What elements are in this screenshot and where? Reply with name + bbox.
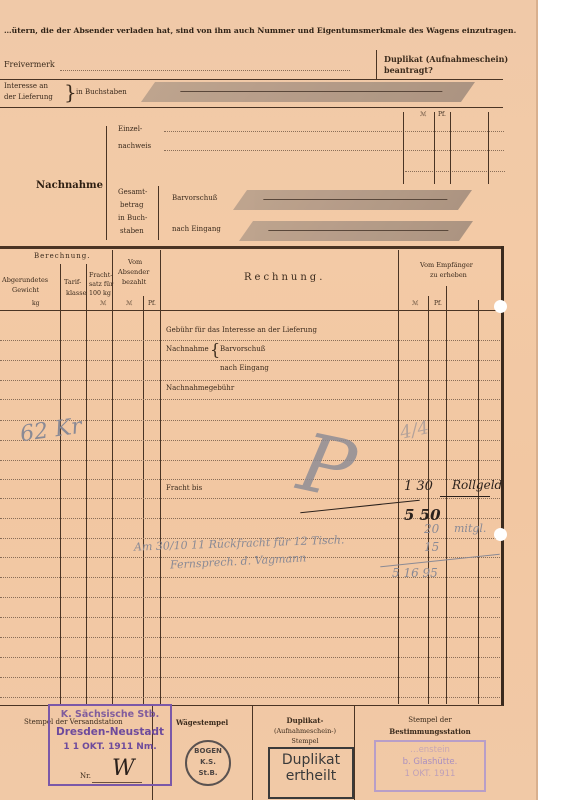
in-buchstaben: in Buchstaben [76,88,127,96]
bestimmung-stamp: …enstein b. Glashütte. 1 OKT. 1911 [374,740,486,792]
rechnung-header: Rechnung. [244,272,325,283]
footer-duplikat-label-1: Duplikat- [260,716,350,725]
empfaenger-pf-unit: Pf. [434,300,442,307]
fracht-header-3: 100 kg [89,290,111,297]
row-rule [0,617,500,618]
col-divider [160,250,161,704]
brace: } [64,80,77,104]
brace: { [210,340,220,359]
rule [0,107,503,108]
bestimmung-stamp-line-3: 1 OKT. 1911 [376,769,484,779]
row-rule [0,360,500,361]
freivermerk-label: Freivermerk [4,60,55,69]
versand-stamp: K. Sächsische Stb. Dresden-Neustadt 1 1 … [48,704,172,786]
row-rule [0,440,500,441]
absender-mark-unit: ℳ [126,300,132,307]
header-note: …ütern, die der Absender verladen hat, s… [4,26,516,35]
gesamt-label-4: staben [120,227,144,235]
footer-bestimmung-label-1: Stempel der [360,716,500,724]
versand-stamp-line-1: K. Sächsische Stb. [50,709,170,720]
tarif-header-1: Tarif- [64,278,81,286]
empfaenger-mark-unit: ℳ [412,300,418,307]
einzel-label-2: nachweis [118,142,151,150]
row-rule [0,399,500,400]
col-divider [86,264,87,704]
footer-waege-label: Wägestempel [176,718,228,727]
fracht-header-2: satz für [89,281,113,288]
row-fracht-bis: Fracht bis [166,484,202,492]
handwritten-rollgeld: Rollgeld [452,478,502,492]
footer-bestimmung-label-2: Bestimmungsstation [360,727,500,736]
empfaenger-header-2: zu erheben [430,271,467,279]
col-divider [446,286,447,704]
punch-hole [494,528,507,541]
nachnahme-title: Nachnahme [36,180,103,191]
gesamt-label-1: Gesamt- [118,188,147,196]
empfaenger-header-1: Vom Empfänger [420,261,473,269]
bestimmung-stamp-line-1: …enstein [376,745,484,755]
freivermerk-line [60,70,350,71]
absender-header-3: bezahlt [122,278,146,286]
divider [403,112,404,184]
interesse-label-2: der Lieferung [4,93,53,101]
duplikat-stamp-line-2: ertheilt [270,768,352,784]
divider [158,186,159,240]
punch-hole [494,300,507,313]
duplikat-beantragt-1: Duplikat (Aufnahmeschein) [384,54,508,64]
absender-pf-unit: Pf. [148,300,156,307]
waybill-page: …ütern, die der Absender verladen hat, s… [0,0,538,800]
divider [450,112,451,184]
duplikat-stamp: Duplikat ertheilt [268,747,354,799]
footer-divider [354,705,355,800]
handwritten-20: 20 [424,522,439,536]
barvorschuss-field[interactable] [233,190,472,210]
handwritten-mitgl: mitgl. [454,522,486,535]
row-rule [0,380,500,381]
absender-header-2: Absender [118,268,149,276]
gewicht-header-2: Gewicht [12,286,39,294]
row-nachnahmegebuehr: Nachnahmegebühr [166,384,234,392]
col-divider [60,264,61,704]
row-rule [0,657,500,658]
row-barvorschuss: Barvorschuß [220,345,265,353]
row-rule [0,697,500,698]
fracht-header-1: Fracht- [89,272,112,279]
footer-duplikat-label-2: (Aufnahmeschein-) [260,727,350,735]
fracht-mark-unit: ℳ [100,300,106,307]
divider [488,112,489,184]
round-stamp-line-2: K.S. [187,757,229,768]
kg-unit: kg [32,300,39,307]
rule [0,246,503,249]
handwritten-mark: P [291,415,363,517]
footer-duplikat-label-3: Stempel [260,737,350,745]
absender-header-1: Vom [128,258,142,266]
interesse-amount-field[interactable] [141,82,475,102]
handwritten-final: 5 16 95 [392,566,438,580]
row-rule [0,460,500,461]
nach-eingang-label: nach Eingang [172,225,221,233]
gewicht-header-1: Abgerundetes [2,276,48,284]
einzel-label-1: Einzel- [118,125,142,133]
handwritten-note-1: Am 30/10 11 Rückfracht für 12 Tisch. [134,533,345,553]
berechnung-header: Berechnung. [34,252,90,260]
row-rule [0,637,500,638]
col-divider [112,250,113,704]
versand-stamp-line-3: 1 1 OKT. 1911 Nm. [50,742,170,752]
handwritten-note-2: Fernsprech. d. Vagmann [170,551,307,571]
bestimmung-stamp-line-2: b. Glashütte. [376,757,484,767]
underline [440,496,490,497]
col-mark: ℳ [420,111,426,118]
row-rule [0,498,500,499]
row-gebuehr: Gebühr für das Interesse an der Lieferun… [166,326,317,334]
tarif-header-2: klasse [66,289,86,297]
round-wagon-stamp: BOGEN K.S. St.B. [185,740,231,786]
round-stamp-line-3: St.B. [187,768,229,779]
divider [376,50,377,80]
handwritten-15: 15 [424,540,439,554]
handwritten-amount-1: 1 30 [404,479,433,494]
row-nach-eingang: nach Eingang [220,364,269,372]
col-pf: Pf. [438,111,446,118]
footer-divider [252,705,253,800]
duplikat-beantragt-2: beantragt? [384,65,433,75]
round-stamp-line-1: BOGEN [187,746,229,757]
einzel-line-2 [164,150,504,151]
einzel-line-3 [405,171,505,172]
nach-eingang-field[interactable] [239,221,473,241]
row-rule [0,597,500,598]
row-rule [0,677,500,678]
duplikat-stamp-line-1: Duplikat [270,752,352,768]
row-nachnahme: Nachnahme [166,345,209,353]
versand-stamp-line-2: Dresden-Neustadt [50,726,170,738]
col-divider [398,250,399,704]
einzel-line-1 [164,131,504,132]
col-divider [143,296,144,704]
col-divider [428,296,429,704]
interesse-label-1: Interesse an [4,82,48,90]
row-rule [0,340,500,341]
gesamt-label-2: betrag [120,201,143,209]
divider [434,112,435,184]
barvorschuss-label: Barvorschuß [172,194,217,202]
divider [106,126,107,240]
table-right-border [501,246,504,706]
gesamt-label-3: in Buch- [118,214,147,222]
handwritten-weight: 62 Kr [19,414,84,447]
